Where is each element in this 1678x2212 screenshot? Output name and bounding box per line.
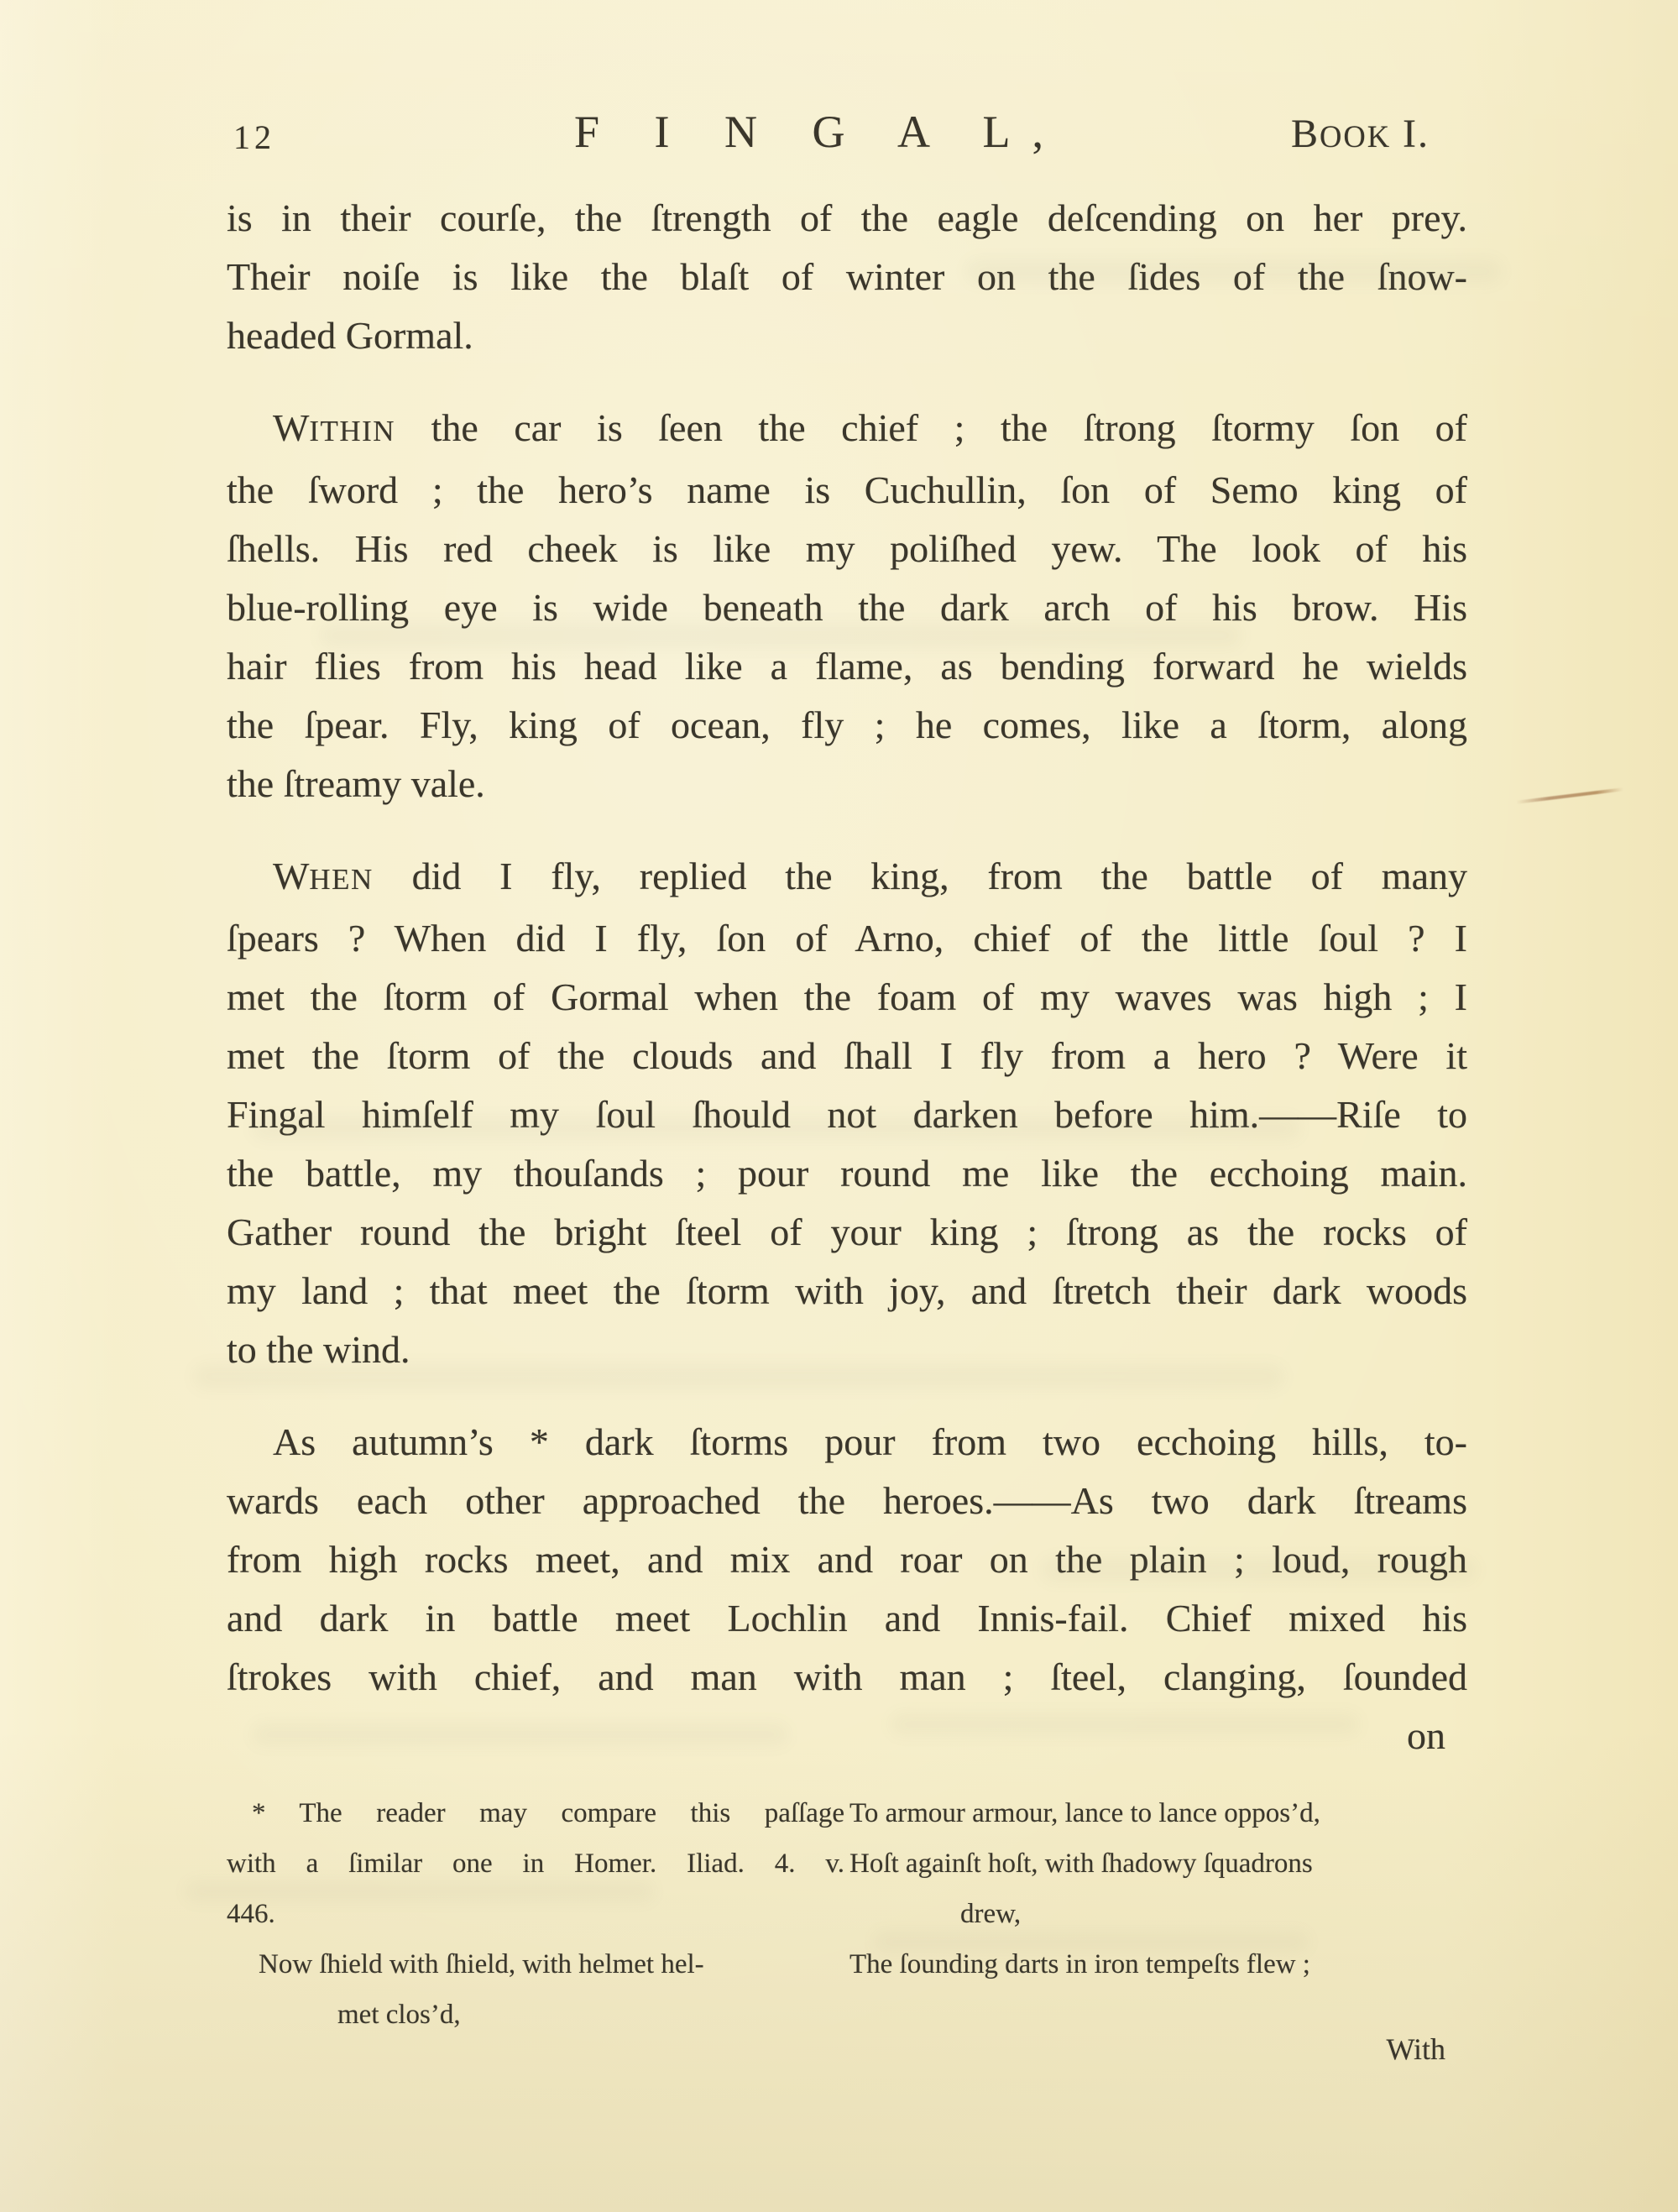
footnote-verse-line: drew, [849,1889,1467,1939]
footnote-line: 446. [227,1889,844,1939]
body-line: the battle, my thouſands ; pour round me… [227,1144,1467,1203]
body-text: is in their courſe, the ſtrength of the … [227,189,1467,1765]
body-line: WHEN did I fly, replied the king, from t… [227,847,1467,909]
body-line: ſpears ? When did I fly, ſon of Arno, ch… [227,909,1467,968]
book-lead-capital: B [1291,112,1320,156]
body-line: Gather round the bright ſteel of your ki… [227,1203,1467,1262]
body-line: met the ſtorm of Gormal when the foam of… [227,968,1467,1027]
paragraph: WITHIN the car is ſeen the chief ; the ſ… [227,399,1467,813]
book-number: I. [1391,112,1430,156]
footnote-column-right: To armour armour, lance to lance oppos’d… [849,1788,1467,1990]
paragraph: As autumn’s * dark ſtorms pour from two … [227,1413,1467,1765]
paragraph-lead-capital: W [273,855,309,897]
paragraph: WHEN did I fly, replied the king, from t… [227,847,1467,1379]
body-line: blue-rolling eye is wide beneath the dar… [227,578,1467,637]
body-line: Their noiſe is like the blaſt of winter … [227,248,1467,306]
body-line: the ſpear. Fly, king of ocean, fly ; he … [227,696,1467,755]
paragraph: is in their courſe, the ſtrength of the … [227,189,1467,365]
footnote-verse-line: Now ſhield with ſhield, with helmet hel- [227,1939,844,1990]
body-line: met the ſtorm of the clouds and ſhall I … [227,1027,1467,1085]
body-line: Fingal himſelf my ſoul ſhould not darken… [227,1085,1467,1144]
body-line: headed Gormal. [227,306,1467,365]
paragraph-first-line-rest: did I fly, replied the king, from the ba… [374,855,1467,897]
body-line: ſtrokes with chief, and man with man ; ſ… [227,1648,1467,1707]
body-line: from high rocks meet, and mix and roar o… [227,1530,1467,1589]
paragraph-lead-capital: W [273,406,309,449]
footnote-line: with a ſimilar one in Homer. Iliad. 4. v… [227,1838,844,1889]
page-number: 12 [233,118,275,157]
body-line: hair flies from his head like a flame, a… [227,637,1467,696]
book-smallcaps: OOK [1320,119,1391,154]
body-line: wards each other approached the heroes.—… [227,1472,1467,1530]
body-line: the ſtreamy vale. [227,755,1467,813]
footnote-verse-line: Hoſt againſt hoſt, with ſhadowy ſquadron… [849,1838,1467,1889]
footnote-verse-line: To armour armour, lance to lance oppos’d… [849,1788,1467,1838]
body-line: and dark in battle meet Lochlin and Inni… [227,1589,1467,1648]
page-catchword: With [227,2032,1445,2067]
book-label: BOOK I. [1291,111,1430,157]
body-line: ſhells. His red cheek is like my poliſhe… [227,520,1467,578]
body-line: is in their courſe, the ſtrength of the … [227,189,1467,248]
footnote-line: * The reader may compare this paſſage [227,1788,844,1838]
page-title: F I N G A L, [574,106,1065,158]
paper-scratch-mark [1516,787,1623,804]
paragraph-first-line-rest: the car is ſeen the chief ; the ſtrong ſ… [395,406,1467,449]
book-page: 12 F I N G A L, BOOK I. is in their cour… [0,0,1678,2212]
body-line: As autumn’s * dark ſtorms pour from two … [227,1413,1467,1472]
body-line: the ſword ; the hero’s name is Cuchullin… [227,461,1467,520]
body-line: my land ; that meet the ſtorm with joy, … [227,1262,1467,1320]
paragraph-lead-smallcaps: HEN [309,863,373,896]
body-line: WITHIN the car is ſeen the chief ; the ſ… [227,399,1467,461]
paragraph-lead-smallcaps: ITHIN [309,415,395,447]
footnote-column-left: * The reader may compare this paſſage wi… [227,1788,844,2040]
body-line: to the wind. [227,1320,1467,1379]
catchword: on [227,1707,1467,1765]
footnote-verse-line: The ſounding darts in iron tempeſts flew… [849,1939,1467,1990]
